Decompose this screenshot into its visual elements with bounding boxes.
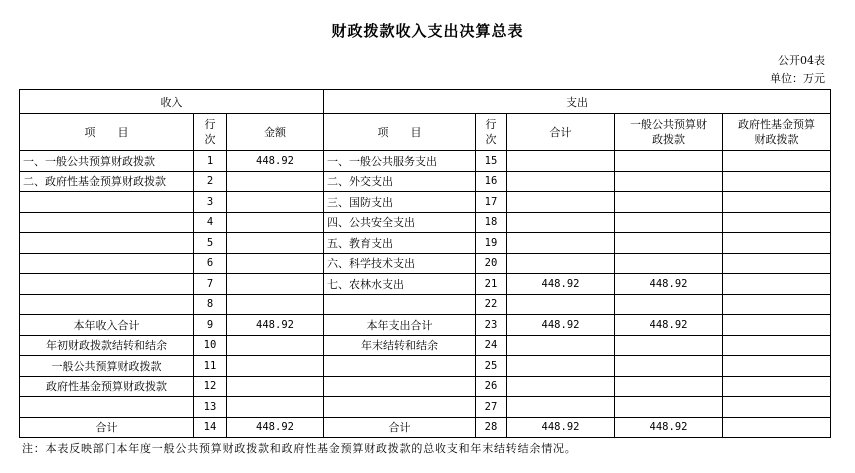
- gov-fund-cell: [723, 335, 831, 356]
- income-amount-cell: 448.92: [227, 315, 324, 336]
- expense-row-no-cell: 20: [476, 253, 507, 274]
- expense-item-cell: 三、国防支出: [324, 192, 476, 213]
- expense-total-cell: [507, 356, 615, 377]
- general-budget-cell: [615, 233, 723, 254]
- expense-item-cell: 五、教育支出: [324, 233, 476, 254]
- income-row-no-cell: 1: [194, 151, 227, 172]
- expense-row-no-cell: 18: [476, 212, 507, 233]
- income-amount-cell: 448.92: [227, 417, 324, 438]
- budget-summary-table: 收入 支出 项 目 行次 金额 项 目 行次 合计 一般公共预算财政拨款 政府性…: [19, 89, 831, 438]
- table-row: 7七、农林水支出21448.92448.92: [20, 274, 831, 295]
- expense-total-cell: 448.92: [507, 274, 615, 295]
- general-budget-cell: [615, 192, 723, 213]
- income-amount-cell: [227, 233, 324, 254]
- general-budget-cell: [615, 253, 723, 274]
- expense-item-cell: 本年支出合计: [324, 315, 476, 336]
- expense-total-cell: [507, 397, 615, 418]
- income-item-cell: 合计: [20, 417, 194, 438]
- general-budget-cell: [615, 335, 723, 356]
- expense-item-cell: 六、科学技术支出: [324, 253, 476, 274]
- general-budget-header: 一般公共预算财政拨款: [615, 114, 723, 151]
- income-row-no-cell: 3: [194, 192, 227, 213]
- expense-item-cell: 合计: [324, 417, 476, 438]
- income-row-no-cell: 11: [194, 356, 227, 377]
- income-amount-cell: [227, 335, 324, 356]
- general-budget-cell: [615, 212, 723, 233]
- table-row: 1327: [20, 397, 831, 418]
- expense-row-no-header: 行次: [476, 114, 507, 151]
- expense-total-cell: 448.92: [507, 417, 615, 438]
- expense-row-no-cell: 17: [476, 192, 507, 213]
- income-item-cell: [20, 233, 194, 254]
- expense-total-cell: [507, 253, 615, 274]
- income-item-cell: 一、一般公共预算财政拨款: [20, 151, 194, 172]
- income-amount-cell: 448.92: [227, 151, 324, 172]
- expense-item-cell: 一、一般公共服务支出: [324, 151, 476, 172]
- expense-item-cell: 年末结转和结余: [324, 335, 476, 356]
- expense-item-cell: [324, 397, 476, 418]
- footnote: 注：本表反映部门本年度一般公共预算财政拨款和政府性基金预算财政拨款的总收支和年末…: [22, 440, 577, 456]
- income-row-no-cell: 10: [194, 335, 227, 356]
- expense-row-no-cell: 19: [476, 233, 507, 254]
- income-amount-cell: [227, 294, 324, 315]
- expense-item-cell: 四、公共安全支出: [324, 212, 476, 233]
- expense-item-cell: 二、外交支出: [324, 171, 476, 192]
- income-item-cell: [20, 192, 194, 213]
- income-amount-cell: [227, 212, 324, 233]
- income-header: 收入: [20, 90, 324, 114]
- income-amount-header: 金额: [227, 114, 324, 151]
- unit-label: 单位：万元: [770, 70, 825, 86]
- expense-item-cell: [324, 376, 476, 397]
- general-budget-cell: 448.92: [615, 274, 723, 295]
- expense-item-cell: [324, 356, 476, 377]
- income-row-no-cell: 6: [194, 253, 227, 274]
- income-row-no-cell: 12: [194, 376, 227, 397]
- expense-row-no-cell: 15: [476, 151, 507, 172]
- expense-row-no-cell: 27: [476, 397, 507, 418]
- general-budget-cell: 448.92: [615, 315, 723, 336]
- gov-fund-cell: [723, 151, 831, 172]
- income-row-no-cell: 5: [194, 233, 227, 254]
- income-item-cell: [20, 212, 194, 233]
- expense-row-no-cell: 23: [476, 315, 507, 336]
- table-row: 一、一般公共预算财政拨款1448.92一、一般公共服务支出15: [20, 151, 831, 172]
- income-item-cell: 年初财政拨款结转和结余: [20, 335, 194, 356]
- table-row: 4四、公共安全支出18: [20, 212, 831, 233]
- expense-row-no-cell: 26: [476, 376, 507, 397]
- income-item-cell: 二、政府性基金预算财政拨款: [20, 171, 194, 192]
- gov-fund-cell: [723, 192, 831, 213]
- gov-fund-cell: [723, 233, 831, 254]
- income-item-cell: [20, 253, 194, 274]
- gov-fund-cell: [723, 356, 831, 377]
- expense-row-no-cell: 25: [476, 356, 507, 377]
- income-amount-cell: [227, 356, 324, 377]
- expense-row-no-cell: 28: [476, 417, 507, 438]
- gov-fund-cell: [723, 274, 831, 295]
- gov-fund-cell: [723, 212, 831, 233]
- gov-fund-cell: [723, 376, 831, 397]
- table-code: 公开04表: [778, 52, 825, 68]
- income-amount-cell: [227, 171, 324, 192]
- gov-fund-cell: [723, 397, 831, 418]
- expense-header: 支出: [324, 90, 831, 114]
- gov-fund-cell: [723, 315, 831, 336]
- general-budget-cell: [615, 397, 723, 418]
- expense-row-no-cell: 21: [476, 274, 507, 295]
- expense-total-cell: [507, 171, 615, 192]
- gov-fund-cell: [723, 417, 831, 438]
- gov-fund-cell: [723, 253, 831, 274]
- gov-fund-cell: [723, 294, 831, 315]
- expense-total-cell: 448.92: [507, 315, 615, 336]
- income-row-no-cell: 4: [194, 212, 227, 233]
- table-row: 年初财政拨款结转和结余10年末结转和结余24: [20, 335, 831, 356]
- income-amount-cell: [227, 274, 324, 295]
- table-row: 二、政府性基金预算财政拨款2二、外交支出16: [20, 171, 831, 192]
- table-row: 一般公共预算财政拨款1125: [20, 356, 831, 377]
- expense-total-cell: [507, 376, 615, 397]
- income-row-no-cell: 9: [194, 315, 227, 336]
- income-row-no-header: 行次: [194, 114, 227, 151]
- income-row-no-cell: 2: [194, 171, 227, 192]
- general-budget-cell: [615, 356, 723, 377]
- expense-total-header: 合计: [507, 114, 615, 151]
- table-row: 政府性基金预算财政拨款1226: [20, 376, 831, 397]
- expense-total-cell: [507, 151, 615, 172]
- table-row: 本年收入合计9448.92本年支出合计23448.92448.92: [20, 315, 831, 336]
- gov-fund-header: 政府性基金预算财政拨款: [723, 114, 831, 151]
- expense-row-no-cell: 22: [476, 294, 507, 315]
- expense-total-cell: [507, 212, 615, 233]
- expense-item-cell: 七、农林水支出: [324, 274, 476, 295]
- income-item-cell: 一般公共预算财政拨款: [20, 356, 194, 377]
- expense-row-no-cell: 16: [476, 171, 507, 192]
- expense-item-cell: [324, 294, 476, 315]
- expense-item-header: 项 目: [324, 114, 476, 151]
- expense-total-cell: [507, 294, 615, 315]
- table-row: 3三、国防支出17: [20, 192, 831, 213]
- general-budget-cell: [615, 171, 723, 192]
- income-row-no-cell: 13: [194, 397, 227, 418]
- table-row: 6六、科学技术支出20: [20, 253, 831, 274]
- income-row-no-cell: 8: [194, 294, 227, 315]
- page-title: 财政拨款收入支出决算总表: [0, 20, 855, 41]
- table-row: 合计14448.92合计28448.92448.92: [20, 417, 831, 438]
- income-item-cell: 政府性基金预算财政拨款: [20, 376, 194, 397]
- general-budget-cell: [615, 376, 723, 397]
- income-amount-cell: [227, 192, 324, 213]
- income-item-header: 项 目: [20, 114, 194, 151]
- income-row-no-cell: 14: [194, 417, 227, 438]
- expense-total-cell: [507, 233, 615, 254]
- income-item-cell: [20, 274, 194, 295]
- general-budget-cell: [615, 151, 723, 172]
- expense-row-no-cell: 24: [476, 335, 507, 356]
- income-amount-cell: [227, 397, 324, 418]
- general-budget-cell: 448.92: [615, 417, 723, 438]
- income-item-cell: [20, 397, 194, 418]
- expense-total-cell: [507, 192, 615, 213]
- income-row-no-cell: 7: [194, 274, 227, 295]
- expense-total-cell: [507, 335, 615, 356]
- income-amount-cell: [227, 253, 324, 274]
- income-item-cell: [20, 294, 194, 315]
- table-row: 822: [20, 294, 831, 315]
- table-row: 5五、教育支出19: [20, 233, 831, 254]
- income-amount-cell: [227, 376, 324, 397]
- income-item-cell: 本年收入合计: [20, 315, 194, 336]
- general-budget-cell: [615, 294, 723, 315]
- gov-fund-cell: [723, 171, 831, 192]
